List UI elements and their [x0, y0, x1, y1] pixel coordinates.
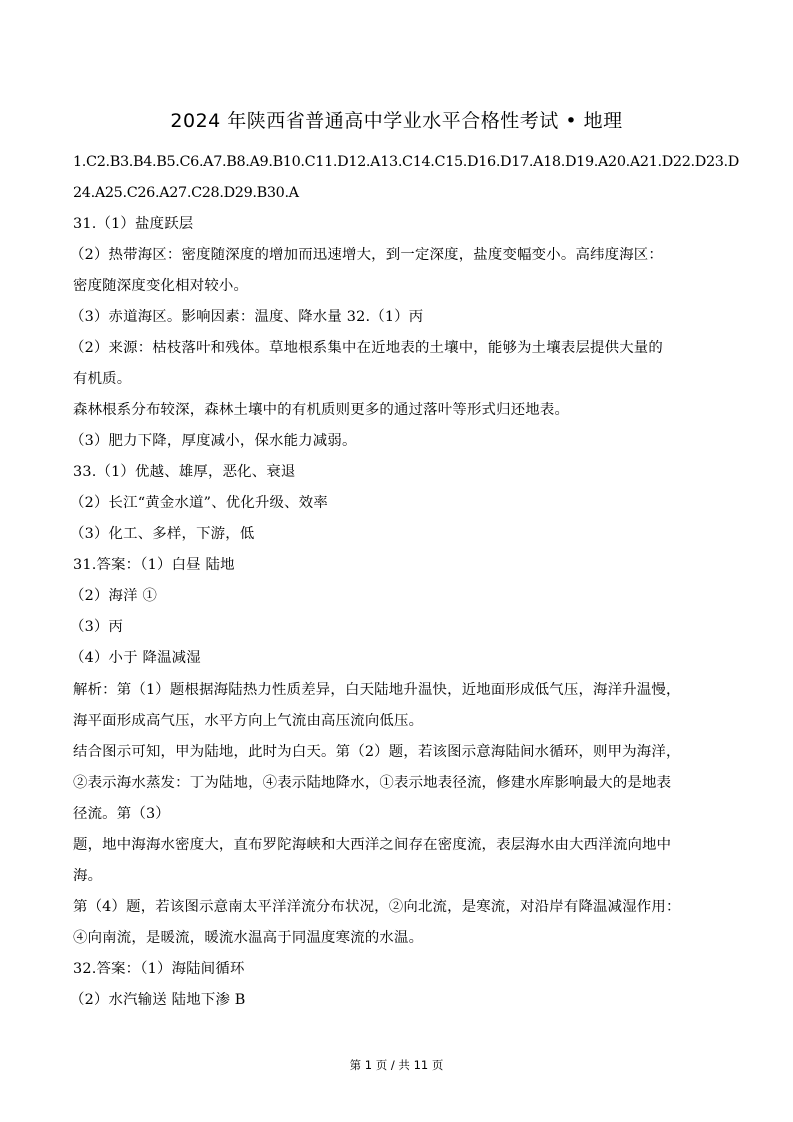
text-line: （3）化工、多样，下游，低 [70, 524, 254, 544]
text-line: 密度随深度变化相对较小。 [73, 276, 248, 296]
text-line: （2）海洋 ① [70, 586, 157, 606]
text-line: ④向南流，是暖流，暖流水温高于同温度寒流的水温。 [73, 928, 423, 948]
text-line: 解析：第（1）题根据海陆热力性质差异，白天陆地升温快，近地面形成低气压，海洋升温… [73, 680, 681, 700]
text-line: 海。 [73, 866, 102, 886]
text-line: （2）热带海区：密度随深度的增加而迅速增大，到一定深度，盐度变幅变小。高纬度海区… [70, 245, 663, 265]
text-line: 径流。第（3） [73, 804, 170, 824]
text-line: （3）肥力下降，厚度减小，保水能力减弱。 [70, 431, 357, 451]
text-line: ②表示海水蒸发：丁为陆地，④表示陆地降水，①表示地表径流，修建水库影响最大的是地… [73, 773, 671, 793]
page-title: 2024 年陕西省普通高中学业水平合格性考试 • 地理 [0, 106, 793, 133]
text-line: （2）长江“黄金水道”、优化升级、效率 [70, 493, 328, 513]
text-line: 32.答案：（1）海陆间循环 [73, 959, 245, 979]
page-footer: 第 1 页 / 共 11 页 [0, 1057, 793, 1073]
text-line: 结合图示可知，甲为陆地，此时为白天。第（2）题，若该图示意海陆间水循环，则甲为海… [73, 742, 681, 762]
text-line: 森林根系分布较深，森林土壤中的有机质则更多的通过落叶等形式归还地表。 [73, 400, 569, 420]
text-line: （2）来源：枯枝落叶和残体。草地根系集中在近地表的土壤中，能够为土壤表层提供大量… [70, 338, 663, 358]
text-line: 31.答案：（1）白昼 陆地 [73, 555, 235, 575]
answer-key-line-2: 24.A25.C26.A27.C28.D29.B30.A [73, 183, 299, 203]
text-line: 海平面形成高气压，水平方向上气流由高压流向低压。 [73, 711, 423, 731]
text-line: （2）水汽输送 陆地下渗 B [70, 990, 246, 1010]
document-page: 2024 年陕西省普通高中学业水平合格性考试 • 地理 1.C2.B3.B4.B… [0, 0, 793, 1122]
text-line: 33.（1）优越、雄厚，恶化、衰退 [73, 462, 296, 482]
text-line: 题，地中海海水密度大，直布罗陀海峡和大西洋之间存在密度流，表层海水由大西洋流向地… [73, 835, 671, 855]
text-line: 第（4）题，若该图示意南太平洋洋流分布状况，②向北流，是寒流，对沿岸有降温减湿作… [73, 897, 681, 917]
text-line: 有机质。 [73, 369, 131, 389]
answer-key-line-1: 1.C2.B3.B4.B5.C6.A7.B8.A9.B10.C11.D12.A1… [73, 152, 739, 172]
text-line: （3）赤道海区。影响因素：温度、降水量 32.（1）丙 [70, 307, 423, 327]
text-line: 31.（1）盐度跃层 [73, 214, 193, 234]
text-line: （3）丙 [70, 617, 123, 637]
text-line: （4）小于 降温减湿 [70, 648, 201, 668]
